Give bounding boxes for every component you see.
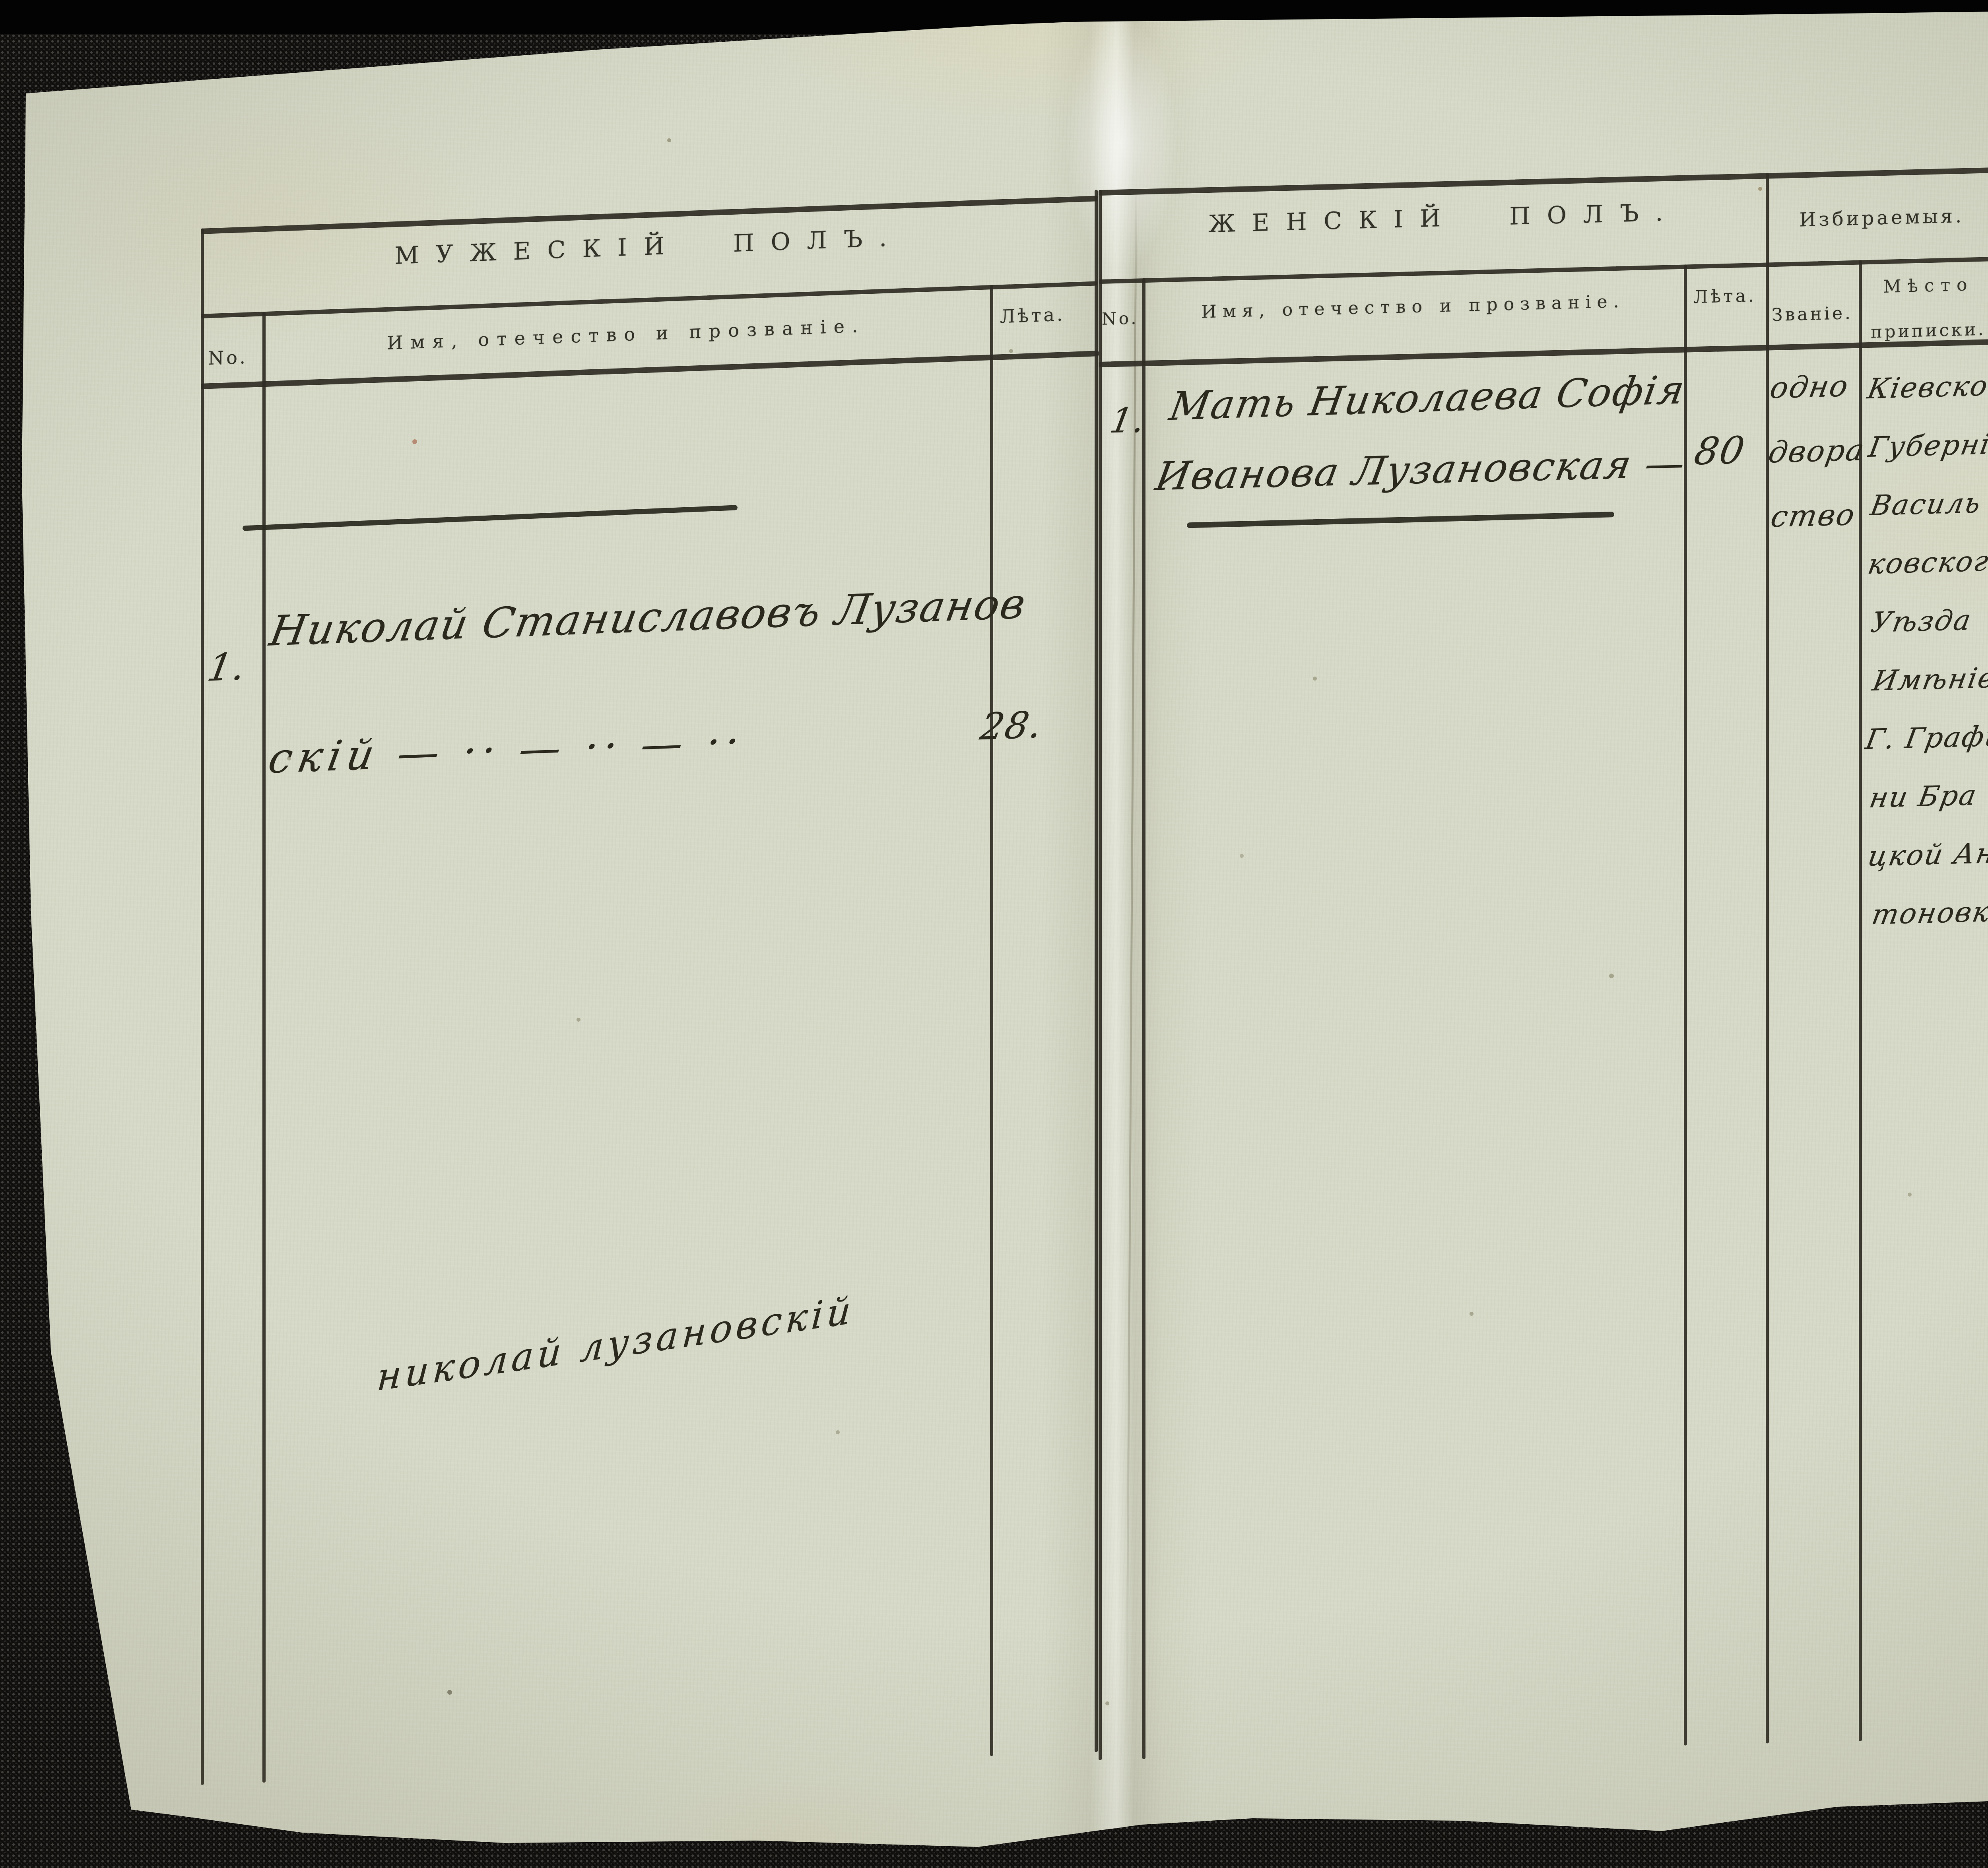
place-line: ковского <box>1866 544 1988 580</box>
female-entry-age: 80 <box>1691 429 1749 474</box>
table-border-line <box>1099 339 1988 367</box>
entry-underline-dash <box>1187 512 1614 528</box>
female-col-no: No. <box>1102 308 1139 328</box>
place-line: цкой Ан <box>1866 837 1988 873</box>
table-border-line <box>1095 190 1098 1752</box>
female-entry-name-line1: Мать Николаева Софія <box>1166 367 1689 429</box>
table-border-line <box>1142 278 1145 1759</box>
place-line: Имѣніе <box>1870 661 1988 697</box>
male-signature: николай лузановскій <box>375 1288 856 1400</box>
male-col-no: No. <box>208 346 248 369</box>
place-line: ни Бра <box>1867 779 1980 814</box>
male-row-number: 1. <box>204 645 250 690</box>
table-border-line <box>990 285 993 1756</box>
female-col-age: Лѣта. <box>1684 285 1766 308</box>
place-line: Г. Графи <box>1863 720 1988 756</box>
rank-line: двора <box>1766 433 1868 469</box>
place-line: Кіевской <box>1865 369 1988 405</box>
rank-line: одно <box>1767 369 1852 405</box>
place-line: тоновка <box>1870 895 1988 931</box>
table-border-line <box>262 312 266 1783</box>
male-entry-name-line1: Николай Станиславовъ Лузанов <box>266 579 1030 656</box>
table-border-line <box>1766 173 1769 1743</box>
male-page-table: МУЖЕСКІЙ ПОЛЪ. No. Имя, отечество и проз… <box>201 196 1099 1811</box>
table-border-line <box>1099 167 1988 196</box>
blank-entry-dash <box>243 505 738 531</box>
elected-section-title: Избираемыя. <box>1766 204 1988 232</box>
place-line: Василь <box>1868 487 1984 522</box>
female-entry-name-line2: Иванова Лузановская — <box>1152 440 1689 499</box>
male-col-age: Лѣта. <box>1000 303 1065 327</box>
male-entry-name-line2: скій — ·· — ·· — ·· <box>265 716 749 783</box>
male-entry-age: 28. <box>977 703 1046 748</box>
place-line: Губерніи <box>1866 427 1988 464</box>
scan-background-fabric: 759 ) МУЖЕСКІЙ ПОЛЪ. No. Имя, отечество … <box>0 0 1988 1868</box>
rank-line: ство <box>1768 498 1858 534</box>
elected-col-place-line2: приписки. <box>1859 319 1988 343</box>
female-page-table: ЖЕНСКІЙ ПОЛЪ. Избираемыя. No. Имя, отече… <box>1099 167 1988 1780</box>
elected-col-place-line1: Мѣсто <box>1859 274 1988 298</box>
female-section-title: ЖЕНСКІЙ ПОЛЪ. <box>1122 196 1766 241</box>
place-line: Уѣзда <box>1869 603 1974 639</box>
male-col-name: Имя, отечество и прозваніе. <box>262 310 990 358</box>
female-col-name: Имя, отечество и прозваніе. <box>1142 290 1684 324</box>
table-border-line <box>1099 190 1102 1760</box>
table-border-line <box>1859 260 1862 1741</box>
table-border-line <box>1684 265 1687 1746</box>
elected-col-rank: Званіе. <box>1766 303 1859 326</box>
female-row-number: 1. <box>1107 400 1149 441</box>
table-border-line <box>201 351 1099 389</box>
table-border-line <box>201 229 204 1785</box>
table-border-line <box>1099 257 1988 284</box>
document-page: 759 ) МУЖЕСКІЙ ПОЛЪ. No. Имя, отечество … <box>0 0 1988 1868</box>
